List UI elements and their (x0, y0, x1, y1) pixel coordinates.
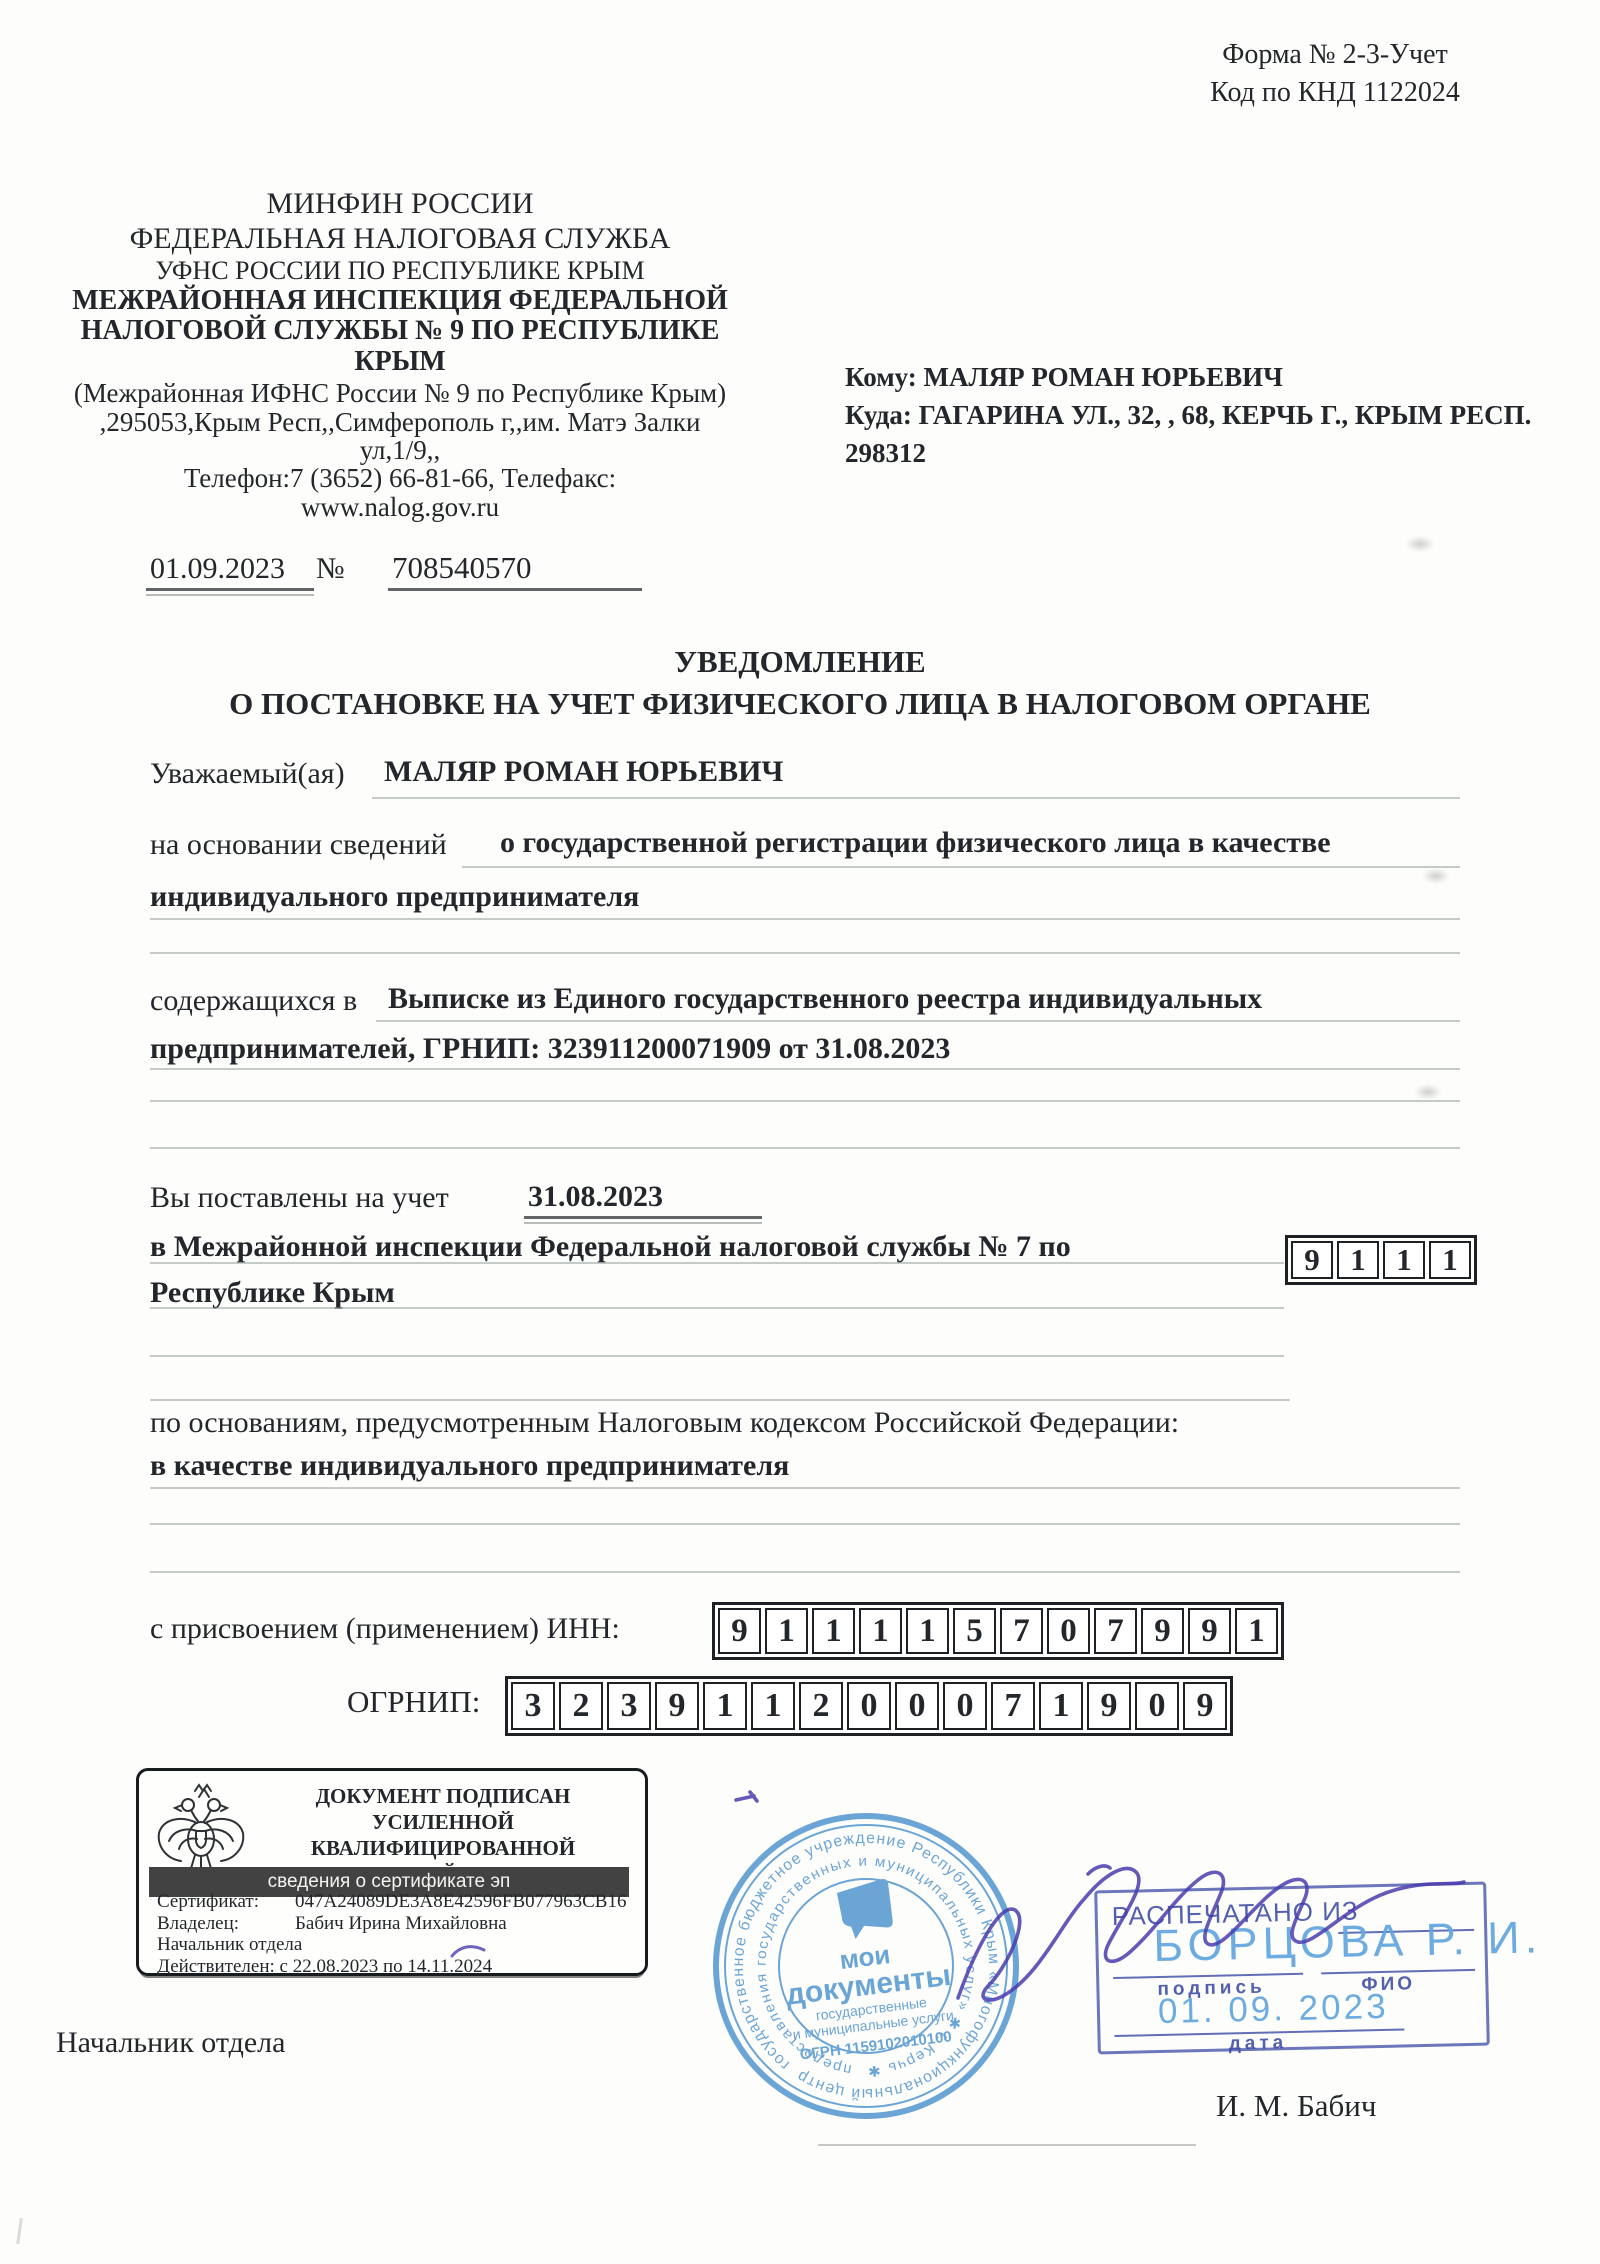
inspection-value-1: в Межрайонной инспекции Федеральной нало… (150, 1230, 1071, 1264)
scan-smudge (1405, 536, 1435, 552)
scan-smudge (1422, 868, 1450, 884)
ogrnip-digit-cell: 3 (511, 1682, 555, 1730)
owner-position: Начальник отдела (157, 1934, 627, 1956)
ogrnip-digit-cell: 9 (1087, 1682, 1131, 1730)
inn-digit-cell: 0 (1047, 1608, 1090, 1654)
issuer-line: КРЫМ (60, 346, 740, 378)
inn-digit-cell: 9 (718, 1608, 761, 1654)
scan-edge-mark (16, 2218, 23, 2244)
inn-digit-cell: 1 (859, 1608, 902, 1654)
form-code-block: Форма № 2-3-Учет Код по КНД 1122024 (1180, 36, 1490, 112)
issuer-line: ул,1/9,, (60, 436, 740, 464)
signer-position: Начальник отдела (56, 2026, 285, 2060)
faint-rule (818, 2144, 1196, 2146)
ogrnip-digit-cell: 1 (703, 1682, 747, 1730)
ogrnip-digit-cell: 0 (895, 1682, 939, 1730)
recipient-name: МАЛЯР РОМАН ЮРЬЕВИЧ (924, 362, 1284, 392)
cert-value: 047A24089DE3A8E42596FB077963CB16 (295, 1891, 626, 1912)
scan-smudge (1414, 1084, 1442, 1100)
contained-label: содержащихся в (150, 984, 357, 1018)
inn-label: с присвоением (применением) ИНН: (150, 1612, 620, 1646)
doc-number: 708540570 (392, 550, 532, 586)
ogrnip-digit-cell: 2 (799, 1682, 843, 1730)
form-number: Форма № 2-3-Учет (1180, 36, 1490, 74)
contained-value-1: Выписке из Единого государственного реес… (388, 982, 1262, 1016)
scanned-tax-notice-page: Форма № 2-3-Учет Код по КНД 1122024 МИНФ… (0, 0, 1600, 2264)
inn-digit-cell: 9 (1141, 1608, 1184, 1654)
issuer-line: ,295053,Крым Респ,,Симферополь г,,им. Ма… (60, 408, 740, 436)
tax-authority-code-boxes: 9111 (1285, 1235, 1477, 1285)
issuer-block: МИНФИН РОССИИ ФЕДЕРАЛЬНАЯ НАЛОГОВАЯ СЛУЖ… (60, 186, 740, 522)
inn-digit-cell: 1 (765, 1608, 808, 1654)
registered-date: 31.08.2023 (528, 1180, 663, 1214)
contained-value-2: предпринимателей, ГРНИП: 323911200071909… (150, 1032, 950, 1066)
recipient-postcode: 298312 (845, 434, 1445, 472)
ogrnip-digit-cell: 2 (559, 1682, 603, 1730)
recipient-to-label: Кому: (845, 362, 917, 392)
basis-label: на основании сведений (150, 828, 447, 862)
owner-label: Владелец: (157, 1913, 295, 1935)
owner-value: Бабич Ирина Михайловна (295, 1913, 507, 1934)
ogrnip-digit-cell: 9 (655, 1682, 699, 1730)
inn-digit-cell: 9 (1188, 1608, 1231, 1654)
inn-digit-cell: 1 (906, 1608, 949, 1654)
inn-digit-cell: 7 (1094, 1608, 1137, 1654)
code-digit-cell: 9 (1291, 1241, 1333, 1279)
inn-digit-cell: 1 (812, 1608, 855, 1654)
recipient-block: Кому: МАЛЯР РОМАН ЮРЬЕВИЧ Куда: ГАГАРИНА… (845, 358, 1445, 472)
code-digit-cell: 1 (1429, 1241, 1471, 1279)
salutation-name: МАЛЯР РОМАН ЮРЬЕВИЧ (384, 755, 783, 789)
ogrnip-digit-cell: 1 (1039, 1682, 1083, 1730)
grounds-value: в качестве индивидуального предпринимате… (150, 1449, 789, 1483)
ogrnip-digit-cell: 0 (847, 1682, 891, 1730)
code-digit-cell: 1 (1337, 1241, 1379, 1279)
esign-title-line2: УСИЛЕННОЙ КВАЛИФИЦИРОВАННОЙ (251, 1809, 635, 1861)
basis-value-1: о государственной регистрации физическог… (500, 826, 1331, 860)
valid-label: Действителен: (157, 1956, 275, 1977)
issuer-line: НАЛОГОВОЙ СЛУЖБЫ № 9 ПО РЕСПУБЛИКЕ (60, 316, 740, 346)
ogrnip-digit-cell: 0 (943, 1682, 987, 1730)
basis-value-2: индивидуального предпринимателя (150, 880, 639, 914)
registered-label: Вы поставлены на учет (150, 1181, 449, 1215)
ogrnip-digit-cell: 0 (1135, 1682, 1179, 1730)
issuer-line: МЕЖРАЙОННАЯ ИНСПЕКЦИЯ ФЕДЕРАЛЬНОЙ (60, 286, 740, 316)
cert-label: Сертификат: (157, 1891, 295, 1913)
knd-code: Код по КНД 1122024 (1180, 74, 1490, 112)
ogrnip-digit-cell: 7 (991, 1682, 1035, 1730)
ogrnip-label: ОГРНИП: (347, 1684, 480, 1720)
recipient-addr-label: Куда: (845, 400, 912, 430)
ogrnip-digit-cell: 3 (607, 1682, 651, 1730)
ogrnip-digit-cell: 9 (1183, 1682, 1227, 1730)
inspection-value-2: Республике Крым (150, 1276, 395, 1310)
salutation-label: Уважаемый(ая) (150, 757, 345, 791)
esign-cert-details: Сертификат:047A24089DE3A8E42596FB077963C… (157, 1891, 627, 1977)
ogrnip-digit-boxes: 323911200071909 (505, 1676, 1233, 1736)
esign-title-line1: ДОКУМЕНТ ПОДПИСАН (251, 1783, 635, 1809)
inn-digit-cell: 7 (1000, 1608, 1043, 1654)
issuer-line: МИНФИН РОССИИ (60, 186, 740, 222)
issuer-line: (Межрайонная ИФНС России № 9 по Республи… (60, 378, 740, 408)
signer-name: И. М. Бабич (1216, 2088, 1376, 2124)
issuer-line: ФЕДЕРАЛЬНАЯ НАЛОГОВАЯ СЛУЖБА (60, 222, 740, 256)
ink-tick-mark (448, 1938, 492, 1964)
handwritten-signature (700, 1780, 1500, 2040)
ogrnip-digit-cell: 1 (751, 1682, 795, 1730)
doc-title-line2: О ПОСТАНОВКЕ НА УЧЕТ ФИЗИЧЕСКОГО ЛИЦА В … (0, 686, 1600, 722)
inn-digit-cell: 5 (953, 1608, 996, 1654)
esign-stamp: ДОКУМЕНТ ПОДПИСАН УСИЛЕННОЙ КВАЛИФИЦИРОВ… (136, 1768, 648, 1976)
issuer-website: www.nalog.gov.ru (60, 493, 740, 522)
doc-title-line1: УВЕДОМЛЕНИЕ (0, 644, 1600, 680)
doc-number-sign: № (316, 552, 345, 586)
inn-digit-cell: 1 (1235, 1608, 1278, 1654)
doc-date: 01.09.2023 (150, 552, 285, 586)
issuer-line: УФНС РОССИИ ПО РЕСПУБЛИКЕ КРЫМ (60, 256, 740, 286)
recipient-address: ГАГАРИНА УЛ., 32, , 68, КЕРЧЬ Г., КРЫМ Р… (919, 400, 1532, 430)
inn-digit-boxes: 911115707991 (712, 1602, 1284, 1660)
grounds-label: по основаниям, предусмотренным Налоговым… (150, 1406, 1179, 1440)
code-digit-cell: 1 (1383, 1241, 1425, 1279)
issuer-line: Телефон:7 (3652) 66-81-66, Телефакс: (60, 464, 740, 493)
